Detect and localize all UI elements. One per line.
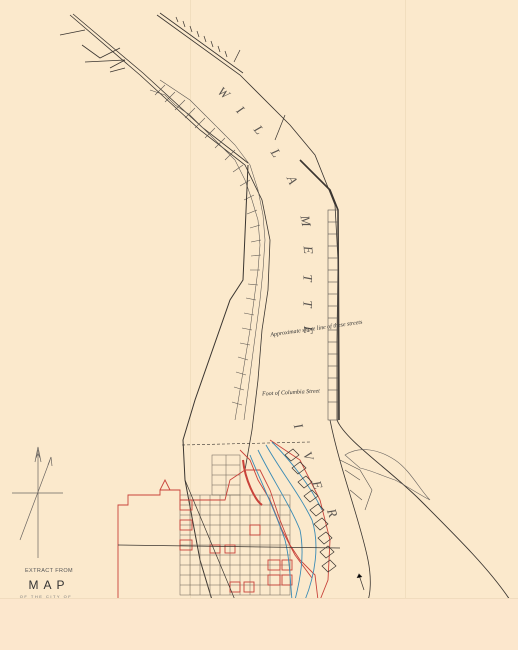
west-shoreline [60, 14, 270, 470]
legend-map-label: MAP [14, 578, 84, 592]
legend-extract-label: EXTRACT FROM [14, 568, 84, 574]
town-grid [180, 455, 290, 595]
river-label-letter: T [300, 274, 316, 281]
blank-paper-strip [0, 598, 518, 650]
island-outline [345, 450, 430, 500]
dashed-boundary [182, 442, 310, 445]
flow-arrow [357, 574, 364, 590]
map-sheet: W I L L A M E T T E I V E R Approximate … [0, 0, 518, 650]
street-line [118, 545, 340, 548]
map-drawing [0, 0, 518, 650]
east-docks [176, 17, 285, 140]
compass [12, 447, 63, 558]
east-blocks [328, 210, 372, 510]
red-boundary [118, 440, 330, 600]
river-label-letter: E [300, 245, 317, 254]
river-label-letter: T [300, 300, 316, 307]
